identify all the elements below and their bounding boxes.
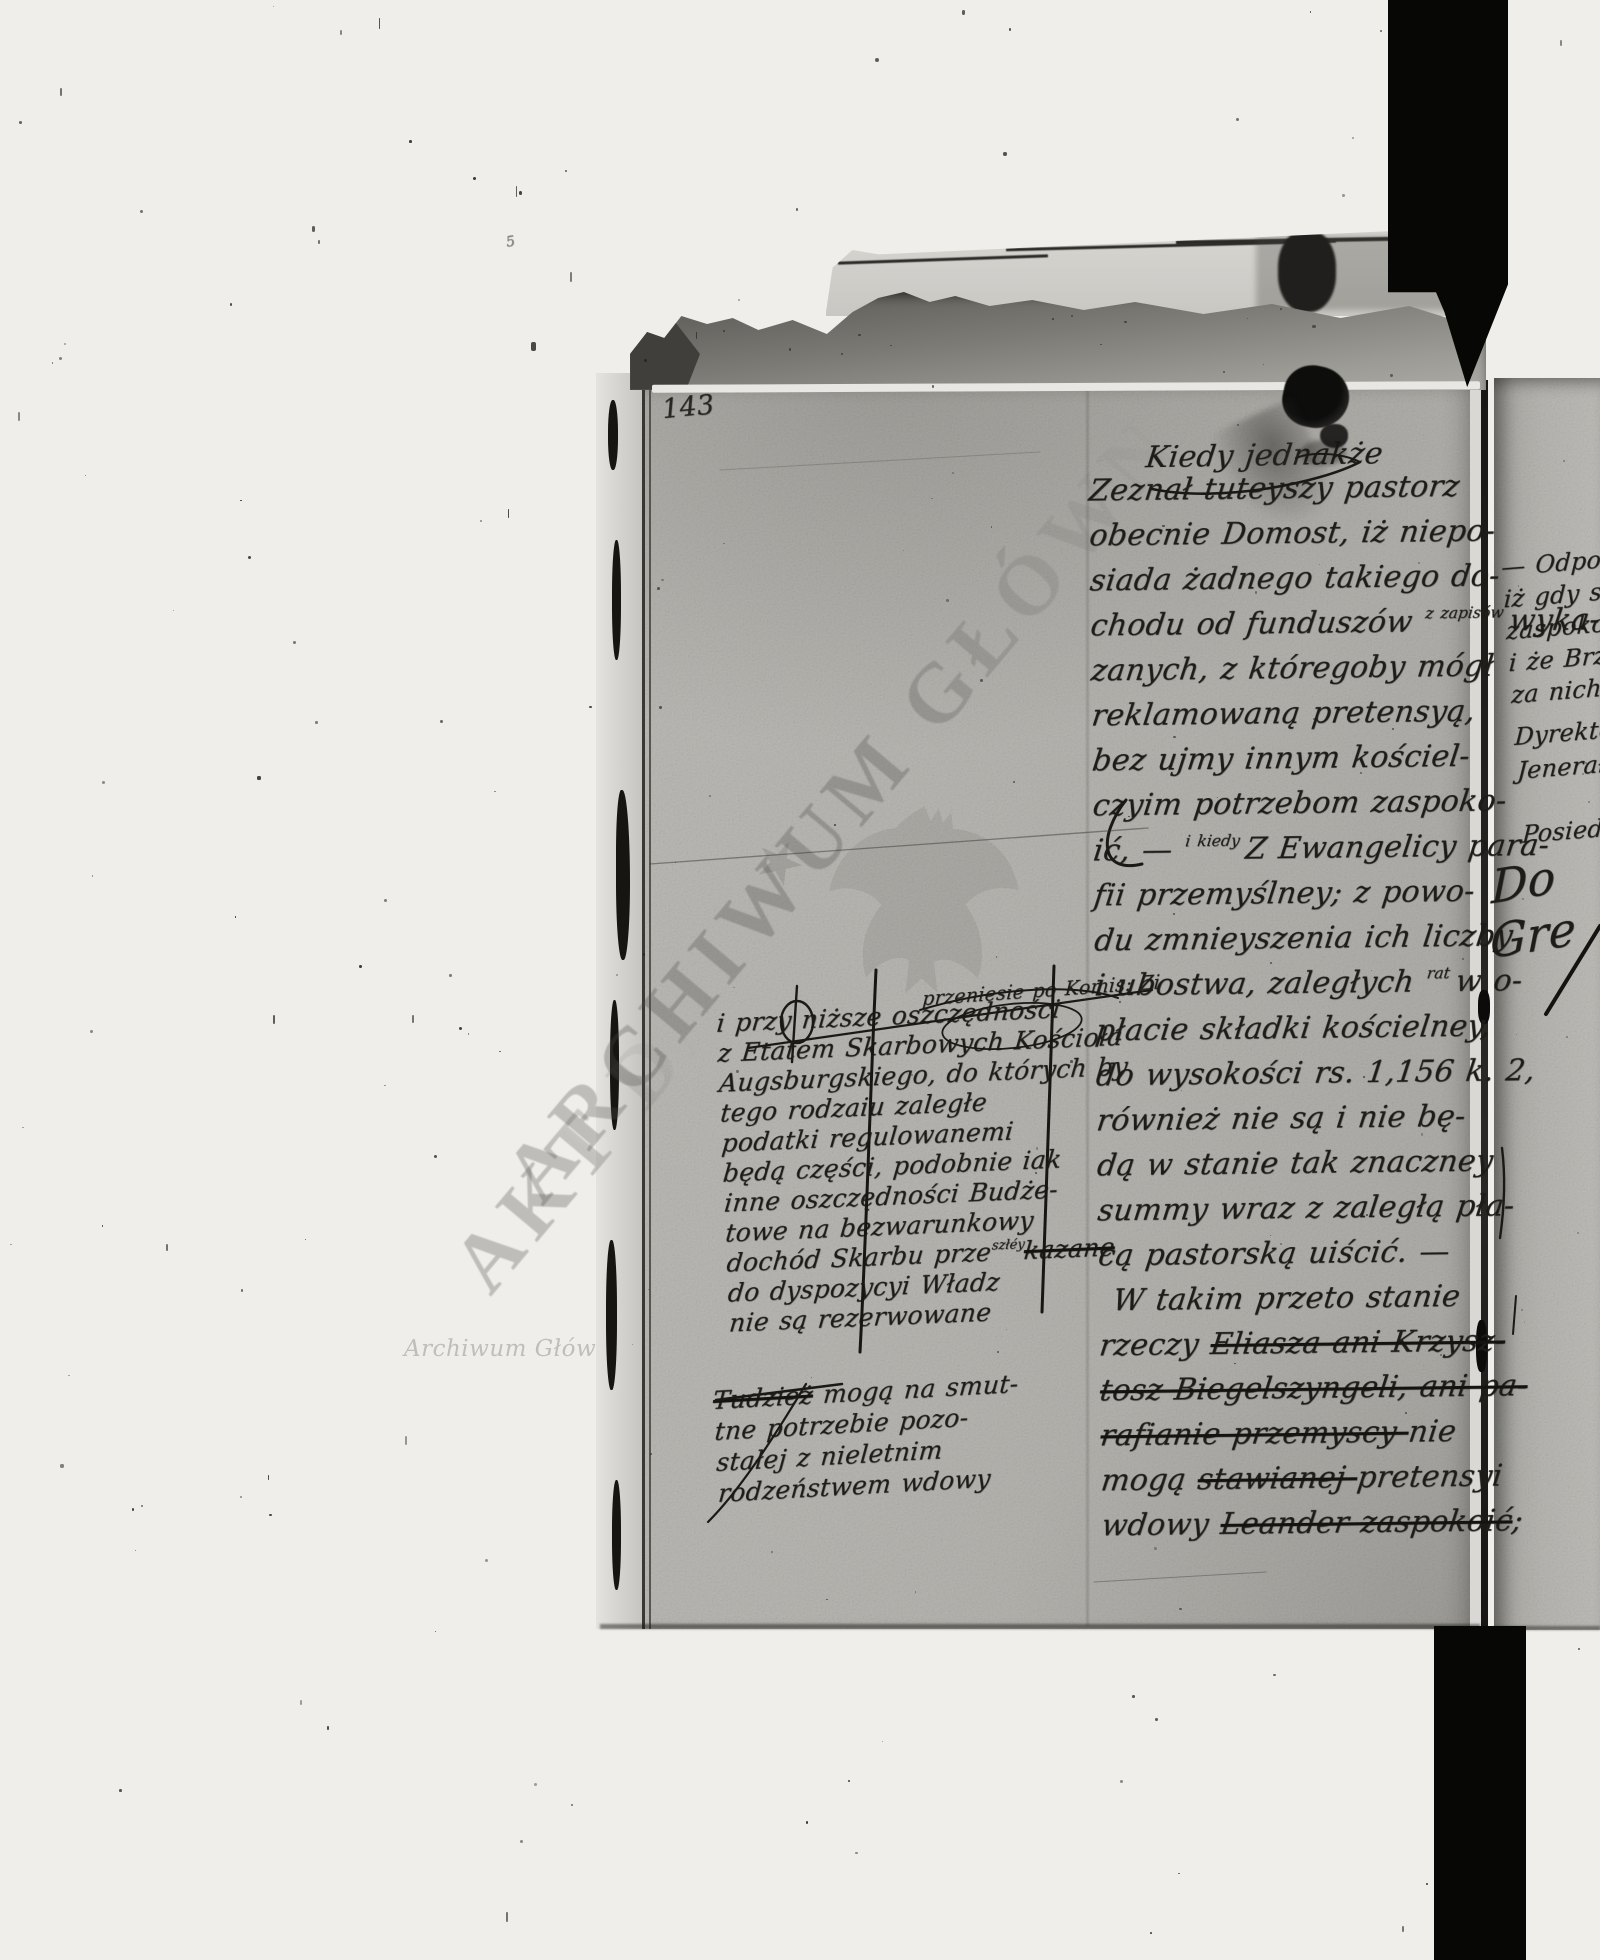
film-speck	[359, 965, 362, 968]
film-speck	[379, 18, 381, 29]
handwriting-line: summy wraz z zaległą pła-	[1096, 1188, 1517, 1228]
film-speck	[384, 899, 387, 902]
handwriting-line: wdowy Leander zaspokoić;	[1100, 1503, 1526, 1543]
film-speck	[738, 299, 740, 301]
film-speck	[140, 210, 143, 213]
handwriting-line: czyim potrzebom zaspoko-	[1091, 783, 1509, 823]
handwriting-line: zanych, z któregoby mógł	[1089, 648, 1496, 688]
film-speck	[409, 140, 412, 143]
film-speck	[855, 1852, 857, 1854]
film-speck	[300, 1700, 302, 1705]
film-speck	[60, 88, 62, 96]
film-speck	[340, 30, 342, 35]
handwriting-line: siada żadnego takiego do-	[1088, 558, 1502, 598]
film-speck	[882, 1741, 883, 1742]
main-text-column: Zeznał tuteyszy pastorzobecnie Domost, i…	[1089, 469, 1495, 1634]
handwriting-line: dą w stanie tak znaczney	[1095, 1144, 1495, 1184]
handwriting-line: W takim przeto stanie	[1111, 1279, 1463, 1318]
torn-corner-fold	[630, 300, 700, 390]
handwriting-line: du zmnieyszenia ich liczby	[1092, 918, 1515, 958]
film-speck	[1310, 11, 1312, 13]
handwriting-line: rafianie przemyscy nie	[1098, 1414, 1458, 1453]
film-speck	[132, 1508, 134, 1510]
film-speck	[293, 641, 296, 644]
film-speck	[519, 191, 522, 194]
film-speck	[449, 974, 452, 977]
handwriting-line: bez ujmy innym kościel-	[1090, 739, 1472, 779]
film-speck	[1578, 1648, 1580, 1650]
film-speck	[473, 177, 476, 180]
page-number: 143	[661, 389, 716, 425]
film-speck	[516, 186, 518, 197]
film-speck	[1003, 152, 1006, 155]
film-speck	[1380, 30, 1382, 32]
film-speck	[1402, 1926, 1404, 1931]
film-speck	[1132, 1695, 1135, 1698]
film-speck	[52, 362, 54, 364]
film-speck	[506, 1912, 508, 1921]
film-speck	[10, 1244, 12, 1246]
film-speck	[1120, 1780, 1123, 1783]
film-speck	[19, 121, 22, 124]
handwriting-line: do wysokości rs. 1,156 k. 2,	[1094, 1053, 1537, 1093]
film-speck	[848, 1780, 850, 1782]
film-speck	[119, 1789, 122, 1792]
film-speck	[240, 1496, 242, 1498]
handwriting-line: ić, — i kiedy Z Ewangelicy para-	[1091, 828, 1551, 869]
film-speck	[173, 610, 174, 611]
film-speck	[59, 357, 62, 360]
film-speck	[64, 343, 66, 345]
handwriting-line: reklamowaną pretensyą,	[1090, 694, 1478, 734]
paper-dark-blotch	[1278, 230, 1336, 312]
film-speck	[796, 208, 798, 210]
handwriting-line: również nie są i nie bę-	[1095, 1099, 1468, 1139]
film-speck	[570, 272, 572, 282]
paper-crease-line	[838, 254, 1048, 264]
film-speck	[435, 1631, 436, 1632]
film-speck	[405, 1436, 407, 1445]
handwriting-line: mogą stawianej pretensyi	[1099, 1458, 1505, 1498]
film-speck	[565, 170, 567, 172]
film-speck	[485, 1559, 488, 1562]
stray-pencil-mark: 5	[505, 233, 517, 250]
film-speck	[257, 776, 260, 779]
film-speck	[468, 1033, 469, 1034]
film-speck	[268, 1475, 270, 1480]
film-speck	[534, 1783, 537, 1786]
film-speck	[1352, 137, 1354, 139]
film-speck	[434, 1155, 437, 1158]
film-speck	[85, 475, 86, 476]
film-speck	[1009, 28, 1012, 31]
handwriting-line: fii przemyślney; z powo-	[1092, 874, 1477, 914]
binding-ink-blob	[610, 1000, 619, 1130]
film-speck	[240, 500, 242, 502]
page-fold-crease	[1086, 384, 1089, 1626]
film-speck	[459, 1027, 462, 1030]
film-speck	[1342, 194, 1345, 197]
film-speck	[520, 1840, 523, 1843]
handwriting-line: tosz Biegelszyngeli, ani pa-	[1098, 1368, 1530, 1408]
ink-smudge-small	[1300, 440, 1346, 466]
film-speck	[92, 875, 93, 876]
film-speck	[141, 1505, 143, 1507]
binding-ink-blob	[612, 1480, 621, 1590]
film-speck	[102, 781, 105, 784]
film-speck	[875, 58, 879, 62]
film-speck	[248, 556, 251, 559]
binding-ink-blob	[608, 400, 618, 470]
film-speck	[269, 1514, 272, 1517]
film-speck	[18, 412, 20, 421]
film-speck	[1273, 1674, 1275, 1676]
film-speck	[1426, 1883, 1429, 1886]
scanned-archival-photograph: Archiwum Główne Akt ARCHIWUM GŁÓWNE AKT …	[0, 0, 1600, 1960]
film-speck	[305, 1239, 306, 1240]
film-speck	[384, 1085, 386, 1087]
watermark-eagle-icon	[822, 792, 1027, 997]
film-speck	[589, 706, 592, 709]
film-speck	[312, 226, 315, 232]
film-speck	[1178, 1873, 1180, 1875]
film-speck	[440, 720, 443, 723]
film-speck	[68, 1375, 70, 1377]
film-speck	[235, 916, 236, 917]
binding-ink-blob	[612, 540, 621, 660]
film-speck	[315, 721, 317, 723]
film-speck	[1560, 40, 1562, 46]
film-speck	[230, 303, 232, 305]
film-speck	[412, 1015, 414, 1023]
film-speck	[273, 1015, 275, 1023]
binding-ink-blob	[606, 1240, 617, 1390]
page-edge-rule	[642, 373, 655, 1629]
handwriting-line: rzeczy Eliasza ani Krzysz-	[1097, 1323, 1507, 1363]
film-speck	[135, 1550, 136, 1551]
film-speck	[806, 1821, 808, 1823]
film-speck	[494, 791, 496, 793]
film-speck	[90, 1030, 93, 1033]
handwriting-line: cą pastorską uiścić. —	[1096, 1234, 1452, 1273]
film-speck	[571, 1804, 573, 1806]
film-speck	[480, 520, 482, 522]
film-speck	[531, 342, 536, 351]
film-speck	[241, 1289, 243, 1291]
film-speck	[1150, 1932, 1152, 1934]
film-speck	[327, 1726, 329, 1730]
film-frame-bar-bottom	[1434, 1626, 1526, 1960]
handwriting-line: płacie składki kościelney,	[1093, 1009, 1492, 1049]
film-speck	[22, 1127, 23, 1128]
film-speck	[1236, 118, 1239, 121]
film-speck	[166, 1244, 168, 1252]
film-speck	[508, 509, 510, 518]
right-page-flourish: Do Gre	[1490, 843, 1600, 970]
film-speck	[962, 10, 965, 15]
film-speck	[102, 1225, 103, 1226]
film-speck	[60, 1464, 63, 1467]
film-speck	[318, 240, 320, 244]
film-speck	[273, 6, 274, 7]
film-speck	[1155, 1718, 1158, 1721]
film-speck	[499, 1051, 501, 1053]
